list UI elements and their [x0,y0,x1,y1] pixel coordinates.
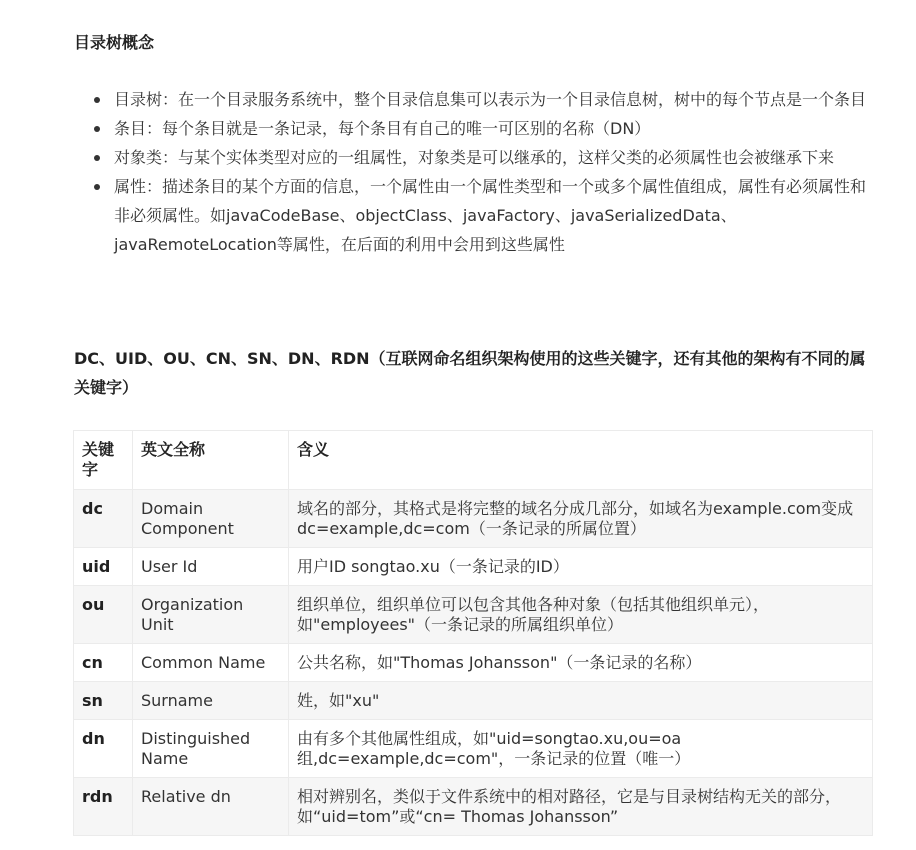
cell-meaning: 由有多个其他属性组成，如"uid=songtao.xu,ou=oa组,dc=ex… [289,720,873,778]
cell-meaning: 域名的部分，其格式是将完整的域名分成几部分，如域名为example.com变成d… [289,490,873,548]
cell-key: uid [74,548,133,586]
cell-key: ou [74,586,133,644]
section-title-directory-tree: 目录树概念 [74,28,154,57]
cell-meaning: 姓，如"xu" [289,682,873,720]
column-header-meaning: 含义 [289,431,873,490]
table-row: dn Distinguished Name 由有多个其他属性组成，如"uid=s… [74,720,873,778]
list-item: 条目：每个条目就是一条记录，每个条目有自己的唯一可区别的名称（DN） [114,114,872,143]
cell-key: rdn [74,778,133,836]
cell-key: dn [74,720,133,778]
cell-full-name: Common Name [133,644,289,682]
table-header-row: 关键字 英文全称 含义 [74,431,873,490]
column-header-full-name: 英文全称 [133,431,289,490]
keyword-table: 关键字 英文全称 含义 dc Domain Component 域名的部分，其格… [73,430,873,836]
cell-key: dc [74,490,133,548]
cell-key: cn [74,644,133,682]
cell-full-name: Surname [133,682,289,720]
cell-full-name: Organization Unit [133,586,289,644]
concept-list: 目录树：在一个目录服务系统中，整个目录信息集可以表示为一个目录信息树，树中的每个… [74,85,872,259]
table-row: dc Domain Component 域名的部分，其格式是将完整的域名分成几部… [74,490,873,548]
list-item: 目录树：在一个目录服务系统中，整个目录信息集可以表示为一个目录信息树，树中的每个… [114,85,872,114]
cell-full-name: Distinguished Name [133,720,289,778]
cell-meaning: 相对辨别名，类似于文件系统中的相对路径，它是与目录树结构无关的部分，如“uid=… [289,778,873,836]
table-row: ou Organization Unit 组织单位，组织单位可以包含其他各种对象… [74,586,873,644]
cell-meaning: 组织单位，组织单位可以包含其他各种对象（包括其他组织单元），如"employee… [289,586,873,644]
table-row: sn Surname 姓，如"xu" [74,682,873,720]
table-row: rdn Relative dn 相对辨别名，类似于文件系统中的相对路径，它是与目… [74,778,873,836]
cell-key: sn [74,682,133,720]
table-row: cn Common Name 公共名称，如"Thomas Johansson"（… [74,644,873,682]
table-row: uid User Id 用户ID songtao.xu（一条记录的ID） [74,548,873,586]
cell-meaning: 公共名称，如"Thomas Johansson"（一条记录的名称） [289,644,873,682]
section-title-keywords: DC、UID、OU、CN、SN、DN、RDN（互联网命名组织架构使用的这些关键字… [74,344,874,402]
list-item: 对象类：与某个实体类型对应的一组属性，对象类是可以继承的，这样父类的必须属性也会… [114,143,872,172]
cell-full-name: Domain Component [133,490,289,548]
column-header-keyword: 关键字 [74,431,133,490]
list-item: 属性：描述条目的某个方面的信息，一个属性由一个属性类型和一个或多个属性值组成，属… [114,172,872,259]
cell-full-name: Relative dn [133,778,289,836]
cell-meaning: 用户ID songtao.xu（一条记录的ID） [289,548,873,586]
cell-full-name: User Id [133,548,289,586]
